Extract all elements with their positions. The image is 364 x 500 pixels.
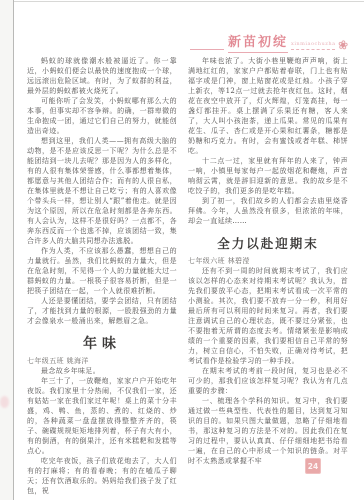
nianwei-paragraph: 年三十了，一放鞭炮，家家户户开始吃年夜饭。我们家里十分热闹，不仅我们一家，还有姑…	[27, 376, 177, 456]
section-header: 新苗初绽 xinmiaochuzhan ❀	[190, 36, 348, 53]
spine-pink-mark	[0, 396, 9, 408]
nianwei-lead: 最念故乡年味足。	[27, 366, 177, 376]
unity-paragraph: 人还是要懂团结，要学会团结，只有团结了，才能找到力量的根源，一股股强劲的力量才会…	[27, 296, 177, 326]
unity-paragraph: 蚂蚁的球就像潮水般被逼近了。你一靠近，小蚂蚁们便会以最快的速度抱成一个球，远远滚…	[27, 56, 177, 96]
final-exam-paragraph: 一、梳理各个学科的知识。复习中，我们要通过做一些典型性、代表性的题目，达到复习知…	[188, 396, 348, 466]
page-top-edge	[0, 1, 364, 2]
article-title-final-exam: 全力以赴迎期末	[188, 235, 348, 253]
nianwei-paragraph: 年味也浓了。大街小巷里鞭炮声声响，街上满地红红的，家家户户都贴着春联，门上也有贴…	[188, 56, 348, 156]
nianwei-paragraph: 十二点一过，家里就有拜年的人来了，钟声一响，小镇里每家每户一起放烟花和鞭炮，声音…	[188, 156, 348, 196]
page-spine-strip	[0, 0, 13, 500]
unity-paragraph: 想到这里，我们人类——拥有高级大脑的动物，是不是应该反思一下呢？为什么总是不能团…	[27, 136, 177, 246]
right-column: 年味也浓了。大街小巷里鞭炮声声响，街上满地红红的，家家户户都贴着春联，门上也有贴…	[188, 56, 348, 466]
header-rule-line	[190, 49, 224, 50]
page-number-badge: 24	[305, 458, 321, 474]
left-column: 蚂蚁的球就像潮水般被逼近了。你一靠近，小蚂蚁们便会以最快的速度抱成一个球，远远滚…	[27, 56, 177, 496]
nianwei-paragraph: 吃完年夜饭，孩子们放花炮去了，大人们有的打麻将；有的看春晚；有的在嗑瓜子聊天；还…	[27, 456, 177, 496]
article-byline-nianwei: 七年级五班 姚海洋	[27, 356, 177, 366]
unity-paragraph: 作为人类，不应该那么愚蠢，想想自己的力量就行。虽然，我们比蚂蚁的力量大，但是在危…	[27, 246, 177, 296]
page-spine-line	[13, 0, 14, 500]
section-title: 新苗初绽	[228, 36, 288, 53]
flower-stamp-icon: ❀	[337, 37, 349, 52]
article-byline-final-exam: 七年级六班 林碧滢	[188, 256, 348, 266]
article-title-nianwei: 年味	[27, 335, 177, 353]
unity-paragraph: 可能你听了会发笑，小蚂蚁哪有那么大的本事，但事实却不容争辩。的确，一群卑微的生命…	[27, 96, 177, 136]
section-title-pinyin: xinmiaochuzhan	[291, 41, 335, 50]
nianwei-paragraph: 到了初一，我们故乡的人们都会去庙里烧香拜佛。今年，人虽然没有很多，但浓浓的年味，…	[188, 196, 348, 226]
final-exam-paragraph: 还有不到一周的时间就期末考试了，我们应该以怎样的心态来对待期末考试呢？我认为，首…	[188, 266, 348, 366]
final-exam-paragraph: 在期末考试的考前一段时间，复习也是必不可少的，那我们应该怎样复习呢？我认为有几点…	[188, 366, 348, 396]
